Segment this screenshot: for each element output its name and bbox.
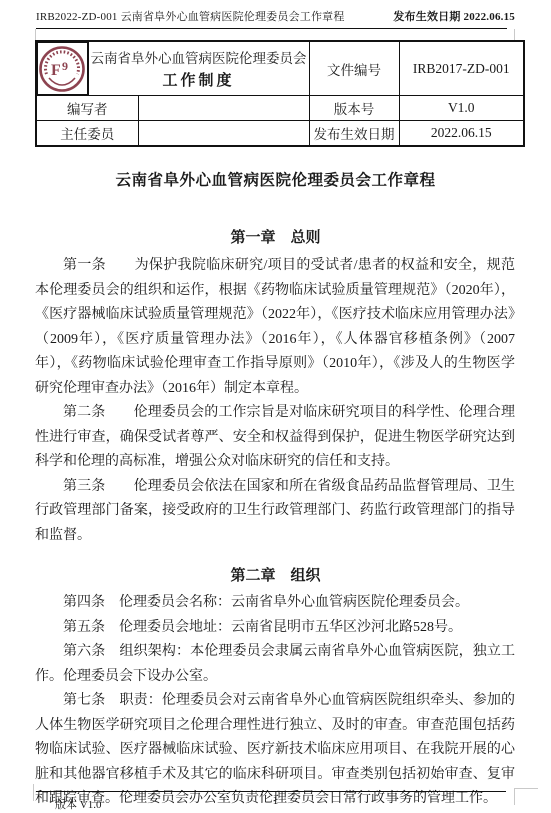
date-label: 发布生效日期: [309, 121, 399, 146]
document-info-table: F 9 云南省阜外心血管病医院伦理委员会 工作制度 文件编号 IRB2017-Z…: [35, 40, 525, 147]
chair-label: 主任委员: [36, 121, 138, 146]
writer-label: 编写者: [36, 96, 138, 121]
hospital-seal-icon: F 9: [38, 44, 86, 94]
chapter-1-body: 第一条 为保护我院临床研究/项目的受试者/患者的权益和安全，规范本伦理委员会的组…: [35, 254, 515, 548]
article-paragraph: 第一条 为保护我院临床研究/项目的受试者/患者的权益和安全，规范本伦理委员会的组…: [35, 254, 515, 401]
article-paragraph: 第七条 职责：伦理委员会对云南省阜外心血管病医院组织牵头、参加的人体生物医学研究…: [35, 689, 515, 812]
doc-no-label: 文件编号: [309, 41, 399, 96]
chapter-1-heading: 第一章 总则: [0, 226, 551, 247]
svg-text:9: 9: [62, 59, 68, 73]
writer-value: [138, 96, 309, 121]
date-value: 2022.06.15: [399, 121, 524, 146]
chapter-2-body: 第四条 伦理委员会名称：云南省阜外心血管病医院伦理委员会。 第五条 伦理委员会地…: [35, 591, 515, 812]
article-paragraph: 第六条 组织架构：本伦理委员会隶属云南省阜外心血管病医院，独立工作。伦理委员会下…: [35, 640, 515, 689]
svg-text:F: F: [51, 62, 61, 79]
header-rule: [36, 28, 507, 29]
org-name: 云南省阜外心血管病医院伦理委员会: [89, 47, 309, 67]
version-label: 版本号: [309, 96, 399, 121]
doc-no-value: IRB2017-ZD-001: [399, 41, 524, 96]
article-paragraph: 第三条 伦理委员会依法在国家和所在省级食品药品监督管理局、卫生行政管理部门备案，…: [35, 475, 515, 549]
chapter-2-heading: 第二章 组织: [0, 564, 551, 585]
header-effective-date: 发布生效日期 2022.06.15: [393, 8, 515, 24]
text-boundary-mark: [514, 788, 538, 789]
logo-cell: F 9: [37, 42, 88, 95]
org-title-cell: 云南省阜外心血管病医院伦理委员会 工作制度: [88, 41, 309, 96]
page-header: IRB2022-ZD-001 云南省阜外心血管病医院伦理委员会工作章程 发布生效…: [36, 8, 515, 24]
version-value: V1.0: [399, 96, 524, 121]
doc-type: 工作制度: [89, 69, 309, 90]
footer-rule: [36, 791, 506, 792]
document-page: IRB2022-ZD-001 云南省阜外心血管病医院伦理委员会工作章程 发布生效…: [0, 0, 551, 813]
chair-value: [138, 121, 309, 146]
article-paragraph: 第二条 伦理委员会的工作宗旨是对临床研究项目的科学性、伦理合理性进行审查，确保受…: [35, 401, 515, 475]
footer-page-number: 1: [0, 795, 551, 807]
header-doc-ref: IRB2022-ZD-001 云南省阜外心血管病医院伦理委员会工作章程: [36, 8, 345, 24]
article-paragraph: 第四条 伦理委员会名称：云南省阜外心血管病医院伦理委员会。: [35, 591, 515, 616]
article-paragraph: 第五条 伦理委员会地址：云南省昆明市五华区沙河北路528号。: [35, 616, 515, 641]
